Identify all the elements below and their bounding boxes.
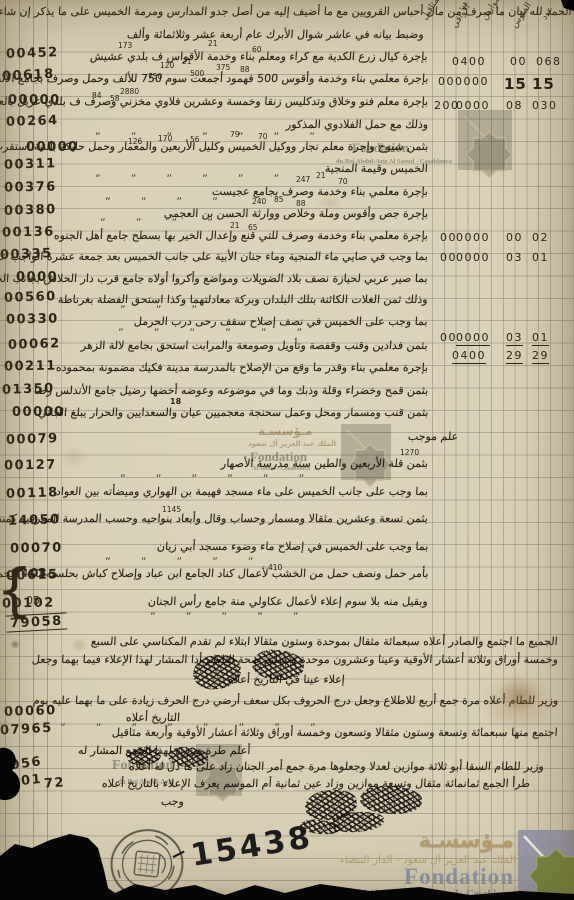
column-amount: 29: [506, 349, 523, 364]
column-amount: 00: [440, 331, 457, 344]
margin-number: 00127: [4, 458, 57, 474]
margin-number: 00136: [2, 225, 55, 241]
margin-rule-line: [61, 0, 62, 900]
text-line: بإجرة معلمي بناء وقدر ما وقع من الإصلاح …: [55, 361, 428, 374]
margin-number: 00330: [6, 312, 59, 328]
side-mark: {: [0, 556, 33, 624]
interlinear-number: 21: [182, 57, 192, 66]
text-line: بما وجب على جانب الخميس على ماء مسجد فهي…: [55, 485, 428, 498]
paper-stain: [58, 446, 90, 468]
text-line: بما وجب في صايي ماء المنجية وماء جنان ال…: [0, 250, 428, 263]
interlinear-number: 2880: [120, 87, 139, 96]
interlinear-number: 750: [148, 72, 162, 81]
interlinear-number: 85: [274, 195, 284, 204]
ditto-marks: „„„„„„: [95, 166, 309, 179]
foundation-logo-mark: [518, 830, 574, 900]
column-amount: 0400: [452, 55, 486, 68]
seal-center-motif: [134, 851, 160, 877]
margin-number: 00062: [8, 336, 61, 353]
margin-number: 01350: [2, 381, 55, 398]
column-amount: 00: [506, 231, 523, 244]
margin-number: 07965: [0, 721, 53, 739]
text-line: بثمن فدادين وقنب وقفصة وتأويل وصومعة وال…: [81, 339, 429, 352]
interlinear-number: 21: [316, 171, 326, 180]
margin-number: 00079: [6, 431, 59, 448]
column-amount: 03: [506, 251, 523, 264]
text-line: علم موجب: [407, 430, 458, 443]
text-line: بإجرة معلمي بناء وخدمة وأقوس 500 فهمود أ…: [0, 72, 428, 85]
text-line: بأمر حمل ونصف حمل من الخشب لأعمال كناد ا…: [0, 567, 428, 580]
margin-number: 00335: [0, 246, 53, 263]
ditto-marks: „„„: [120, 297, 227, 310]
watermark-text: مـؤسسـة: [258, 424, 312, 438]
interlinear-number: 88: [240, 65, 250, 74]
margin-number: 14050: [8, 512, 61, 529]
margin-number: 00264: [6, 113, 59, 130]
ditto-marks: „„„„„„„: [95, 124, 345, 137]
interlinear-number: 126: [128, 137, 142, 146]
interlinear-number: 88: [296, 199, 306, 208]
text-line: الجميع ما اجتمع والصادر أعلاه سبعمائة مث…: [91, 635, 559, 648]
interlinear-number: 60: [252, 45, 262, 54]
margin-number: 00000: [12, 405, 65, 420]
text-line: وزير للطام أعلاه مرة جمع أربع للاطلاع وج…: [32, 694, 558, 707]
column-amount: 0000: [456, 99, 490, 112]
column-amount: 08: [506, 99, 523, 112]
interlinear-number: 120: [160, 61, 174, 70]
column-amount: 01: [532, 331, 549, 346]
ditto-marks: „„„„„: [105, 549, 284, 562]
paper-stain: [70, 638, 88, 652]
interlinear-number: 58: [110, 94, 120, 103]
interlinear-number: 1270: [400, 448, 419, 457]
interlinear-number: 500: [190, 69, 204, 78]
text-line: وجب: [161, 795, 185, 808]
interlinear-number: 84: [92, 91, 102, 100]
watermark-text: الملك عبد العزيز آل سعود: [248, 440, 336, 448]
column-amount: 00: [438, 75, 455, 88]
text-line: بإجرة معلم فنو وخلاق وتدكليس زنقا وخمسة …: [0, 95, 428, 108]
margin-number: 00000: [26, 140, 79, 155]
ditto-marks: „„„„„: [150, 604, 329, 617]
foundation-logo: مـؤسسـة الملك عبد العزيز آل سعود - الدار…: [274, 828, 574, 900]
column-amount: 068: [536, 55, 562, 68]
text-line: وذلك ثمن الغلات الكائنة بتلك البلدان وبر…: [58, 293, 429, 306]
margin-number: 00376: [4, 180, 57, 196]
margin-number: 00211: [4, 359, 57, 375]
column-amount: 15: [504, 75, 527, 93]
ditto-marks: „„„„„„„„: [60, 715, 346, 728]
column-amount: 0000: [456, 331, 490, 346]
column-amount: 0000: [456, 231, 490, 244]
interlinear-number: 375: [216, 63, 230, 72]
interlinear-number: 70: [338, 177, 348, 186]
interlinear-number: 21: [208, 39, 218, 48]
interlinear-number: 410: [268, 563, 282, 572]
text-line: بثمن قمح وخضراء وقلة وذبك وما في موضوعه …: [33, 384, 428, 397]
ditto-marks: „„„„: [100, 210, 243, 223]
text-line: بثمن تسعة وعشرين مثقالا ومسمار وحساب وقا…: [0, 512, 428, 525]
column-amount: 29: [532, 349, 549, 364]
column-amount: 02: [532, 231, 549, 244]
column-amount: 0000: [455, 75, 489, 88]
scanned-manuscript-page: { "page": { "width": 574, "height": 900,…: [0, 0, 574, 900]
interlinear-number: 65: [248, 223, 258, 232]
interlinear-number: 173: [118, 41, 132, 50]
text-line: بإجرة معلمي بناء وخدمة وصرف للتي قنع وإع…: [54, 229, 429, 242]
margin-number: 00311: [4, 156, 57, 173]
margin-rule-line: [47, 0, 48, 900]
column-amount: 030: [532, 99, 558, 112]
margin-number: 00118: [6, 485, 59, 502]
header-line-2: وضبط بيانه في عاشر شوال الأبرك عام أربعة…: [127, 28, 425, 41]
margin-number: 00060: [4, 703, 57, 720]
ditto-marks: „„„„: [105, 189, 248, 202]
margin-number: 72: [44, 775, 66, 791]
column-amount: 0000: [456, 251, 490, 264]
margin-number: 00618: [2, 67, 55, 85]
text-line: بما صير عربي لحيازة نصف بلاد الضويلات وم…: [0, 272, 428, 285]
margin-number: 00070: [10, 541, 63, 557]
margin-number: 00560: [4, 289, 57, 306]
foundation-subtitle-french: du Roi Abdul-Aziz Al Saoud - Casablanca: [338, 889, 516, 900]
margin-number: 00452: [6, 45, 59, 62]
margin-number: 00000: [8, 93, 61, 108]
side-mark: 18: [170, 397, 181, 406]
column-amount: 00: [440, 251, 457, 264]
column-amount: 01: [532, 251, 549, 264]
text-line: طرأ الجمع ثمانمائة مثقال وتسعة موازين وز…: [102, 777, 531, 790]
foundation-name-french: Fondation: [404, 864, 514, 890]
ditto-marks: „„„„„„: [118, 320, 332, 333]
margin-number: 00380: [4, 202, 57, 219]
foundation-name-arabic: مـؤسسـة: [419, 828, 514, 852]
margin-number: 0000: [16, 270, 58, 285]
manuscript-paper: الحمد لله بيان ما صرف من مال أحباس القرو…: [0, 0, 574, 900]
ditto-marks: „„„„„„: [120, 466, 334, 479]
column-amount: 15: [532, 75, 555, 93]
column-amount: 00: [510, 55, 527, 68]
text-line: بثمن قنب ومسمار ومحل وعمل سحنجة معجميين …: [37, 406, 428, 419]
column-amount: 0400: [452, 349, 486, 364]
interlinear-number: 240: [252, 197, 266, 206]
text-line: أعلم طرة مريرة لهذا الجمع المشار له: [77, 744, 250, 757]
column-amount: 03: [506, 331, 523, 346]
text-line: الخميس وقيمة المنجية: [325, 162, 429, 175]
column-amount: 00: [440, 231, 457, 244]
interlinear-number: 1145: [162, 505, 181, 514]
